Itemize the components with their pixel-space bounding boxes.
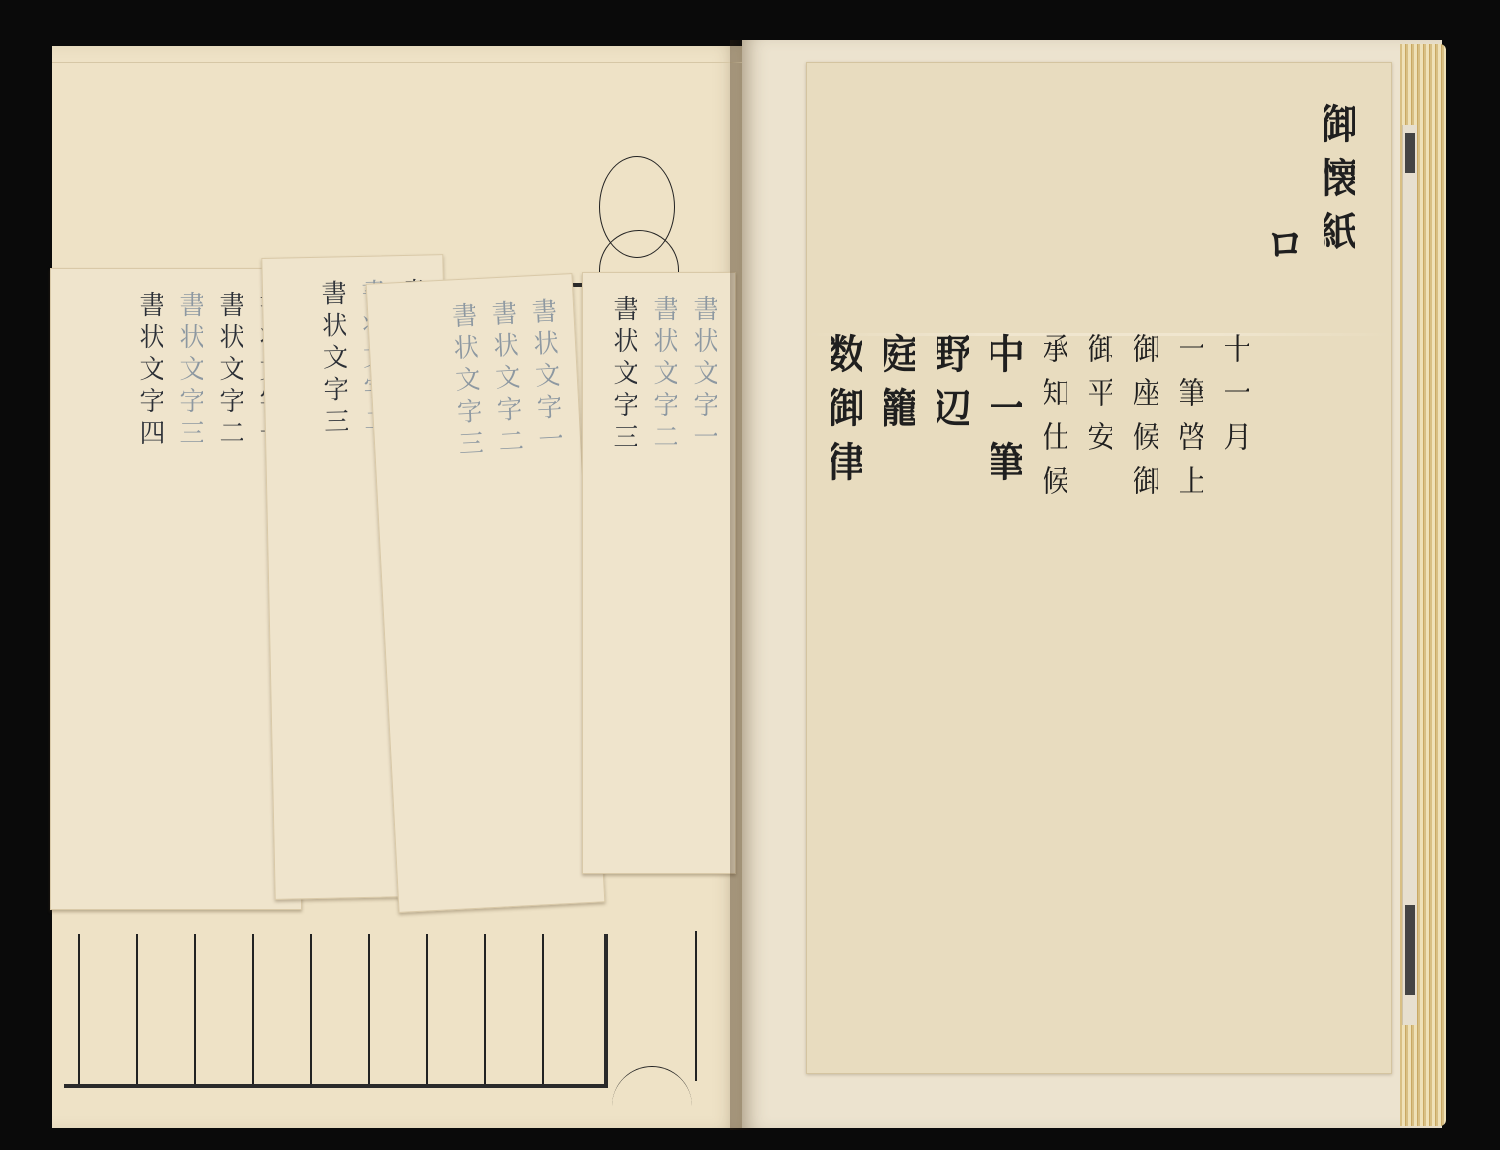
rule-tick	[426, 934, 428, 1084]
script-column: 書状文字三	[319, 279, 357, 875]
letter-column: 一筆啓上	[1180, 103, 1203, 1033]
tab-mark	[1405, 905, 1415, 995]
letter-column: 十一月	[1225, 103, 1248, 1033]
index-tab-strip	[1402, 125, 1417, 1025]
manuscript-slip-3: 書状文字一 書状文字二 書状文字三	[366, 273, 606, 913]
page-top-border	[52, 46, 742, 63]
letter-column: 野辺	[937, 103, 968, 1033]
letter-column: ロ	[1271, 103, 1302, 1033]
tab-mark	[1405, 133, 1415, 173]
letter-column: 中一筆	[991, 103, 1022, 1033]
printed-arch-bottom	[612, 1066, 692, 1107]
open-book: 書状文字一 書状文字二 書状文字三 書状文字四 書状文字一 書状文字二 書状文字…	[0, 0, 1500, 1150]
rule-tick	[542, 934, 544, 1084]
script-column: 書状文字四	[137, 291, 163, 887]
letter-column: 承知仕候	[1044, 103, 1067, 1033]
letter-column: 数御律	[831, 103, 862, 1033]
rule-tick	[194, 934, 196, 1084]
rule-tick	[484, 934, 486, 1084]
left-page: 書状文字一 書状文字二 書状文字三 書状文字四 書状文字一 書状文字二 書状文字…	[52, 46, 742, 1128]
printed-ruled-frame-bottom	[64, 934, 608, 1088]
rule-tick	[78, 934, 80, 1084]
letter-column: 庭籠	[884, 103, 915, 1033]
rule-tick	[368, 934, 370, 1084]
letter-column: 御懐紙	[1324, 103, 1355, 1033]
script-column: 書状文字二	[651, 295, 677, 851]
script-column: 書状文字三	[177, 291, 203, 887]
handwritten-letter-sheet: 御懐紙 ロ 十一月 一筆啓上 御座候御 御平安 承知仕候 中一筆 野辺 庭籠 数…	[806, 62, 1392, 1074]
rule-tick	[136, 934, 138, 1084]
script-column: 書状文字二	[217, 291, 243, 887]
manuscript-slip-4: 書状文字一 書状文字二 書状文字三	[582, 272, 736, 874]
script-column: 書状文字三	[611, 295, 637, 851]
letter-column: 御平安	[1089, 103, 1112, 1033]
rule-tick	[252, 934, 254, 1084]
letter-column: 御座候御	[1134, 103, 1157, 1033]
rule-tick	[310, 934, 312, 1084]
script-column: 書状文字一	[691, 295, 717, 851]
printed-side-rule	[695, 931, 697, 1081]
